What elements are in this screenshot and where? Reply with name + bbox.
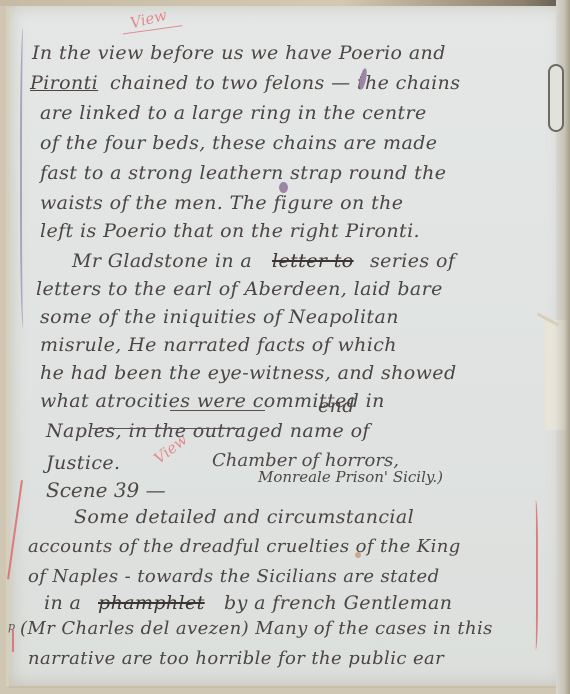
- text-line-1: In the view before us we have Poerio and: [32, 42, 446, 64]
- text-line-14: Naples, in the outraged name of: [46, 420, 370, 442]
- scene-line-5: (Mr Charles del avezen) Many of the case…: [20, 618, 493, 639]
- scene-line-6: narrative are too horrible for the publi…: [28, 648, 444, 669]
- scene-line-2: accounts of the dreadful cruelties of th…: [28, 536, 461, 557]
- text-line-2: chained to two felons — the chains: [110, 72, 460, 94]
- text-line-7: left is Poerio that on the right Pironti…: [40, 220, 420, 242]
- binding-thread-tie: [545, 320, 568, 430]
- text-line-11: misrule, He narrated facts of which: [40, 334, 397, 356]
- text-line-6: waists of the men. The figure on the: [40, 192, 403, 214]
- text-line-15: Justice.: [46, 452, 120, 474]
- scene-line-4-word: phamphlet: [98, 592, 205, 614]
- scene-line-4b: by a french Gentleman: [224, 592, 452, 614]
- text-line-9: letters to the earl of Aberdeen, laid ba…: [36, 278, 443, 300]
- dash-rule: [170, 410, 265, 411]
- red-margin-bracket-right: [530, 500, 538, 650]
- section-divider-rule: [92, 428, 242, 429]
- text-line-4: of the four beds, these chains are made: [40, 132, 437, 154]
- scene-label: Scene 39 —: [46, 478, 166, 502]
- scene-line-1: Some detailed and circumstancial: [74, 506, 414, 528]
- chamber-subtitle: Monreale Prison' Sicily.): [258, 468, 443, 486]
- red-margin-bracket-left-lower: [12, 630, 18, 652]
- purple-ink-blot: [279, 182, 288, 193]
- text-line-10: some of the iniquities of Neapolitan: [40, 306, 399, 328]
- struck-text: letter to: [272, 250, 354, 272]
- text-line-8b: series of: [370, 250, 455, 272]
- text-line-5: fast to a strong leathern strap round th…: [40, 162, 446, 184]
- page-top-edge: [0, 0, 570, 6]
- binding-thread-loop: [548, 64, 564, 132]
- text-line-3: are linked to a large ring in the centre: [40, 102, 427, 124]
- purple-margin-bracket: [20, 28, 28, 328]
- scene-line-3: of Naples - towards the Sicilians are st…: [28, 566, 440, 587]
- text-line-2-name: Pironti: [30, 72, 98, 94]
- text-line-12: he had been the eye-witness, and showed: [40, 362, 457, 384]
- text-line-8a: Mr Gladstone in a: [72, 250, 252, 272]
- end-marker: end: [318, 395, 355, 417]
- ink-spot: [355, 552, 361, 558]
- scene-line-4a: in a: [44, 592, 81, 614]
- margin-note: p: [8, 620, 15, 633]
